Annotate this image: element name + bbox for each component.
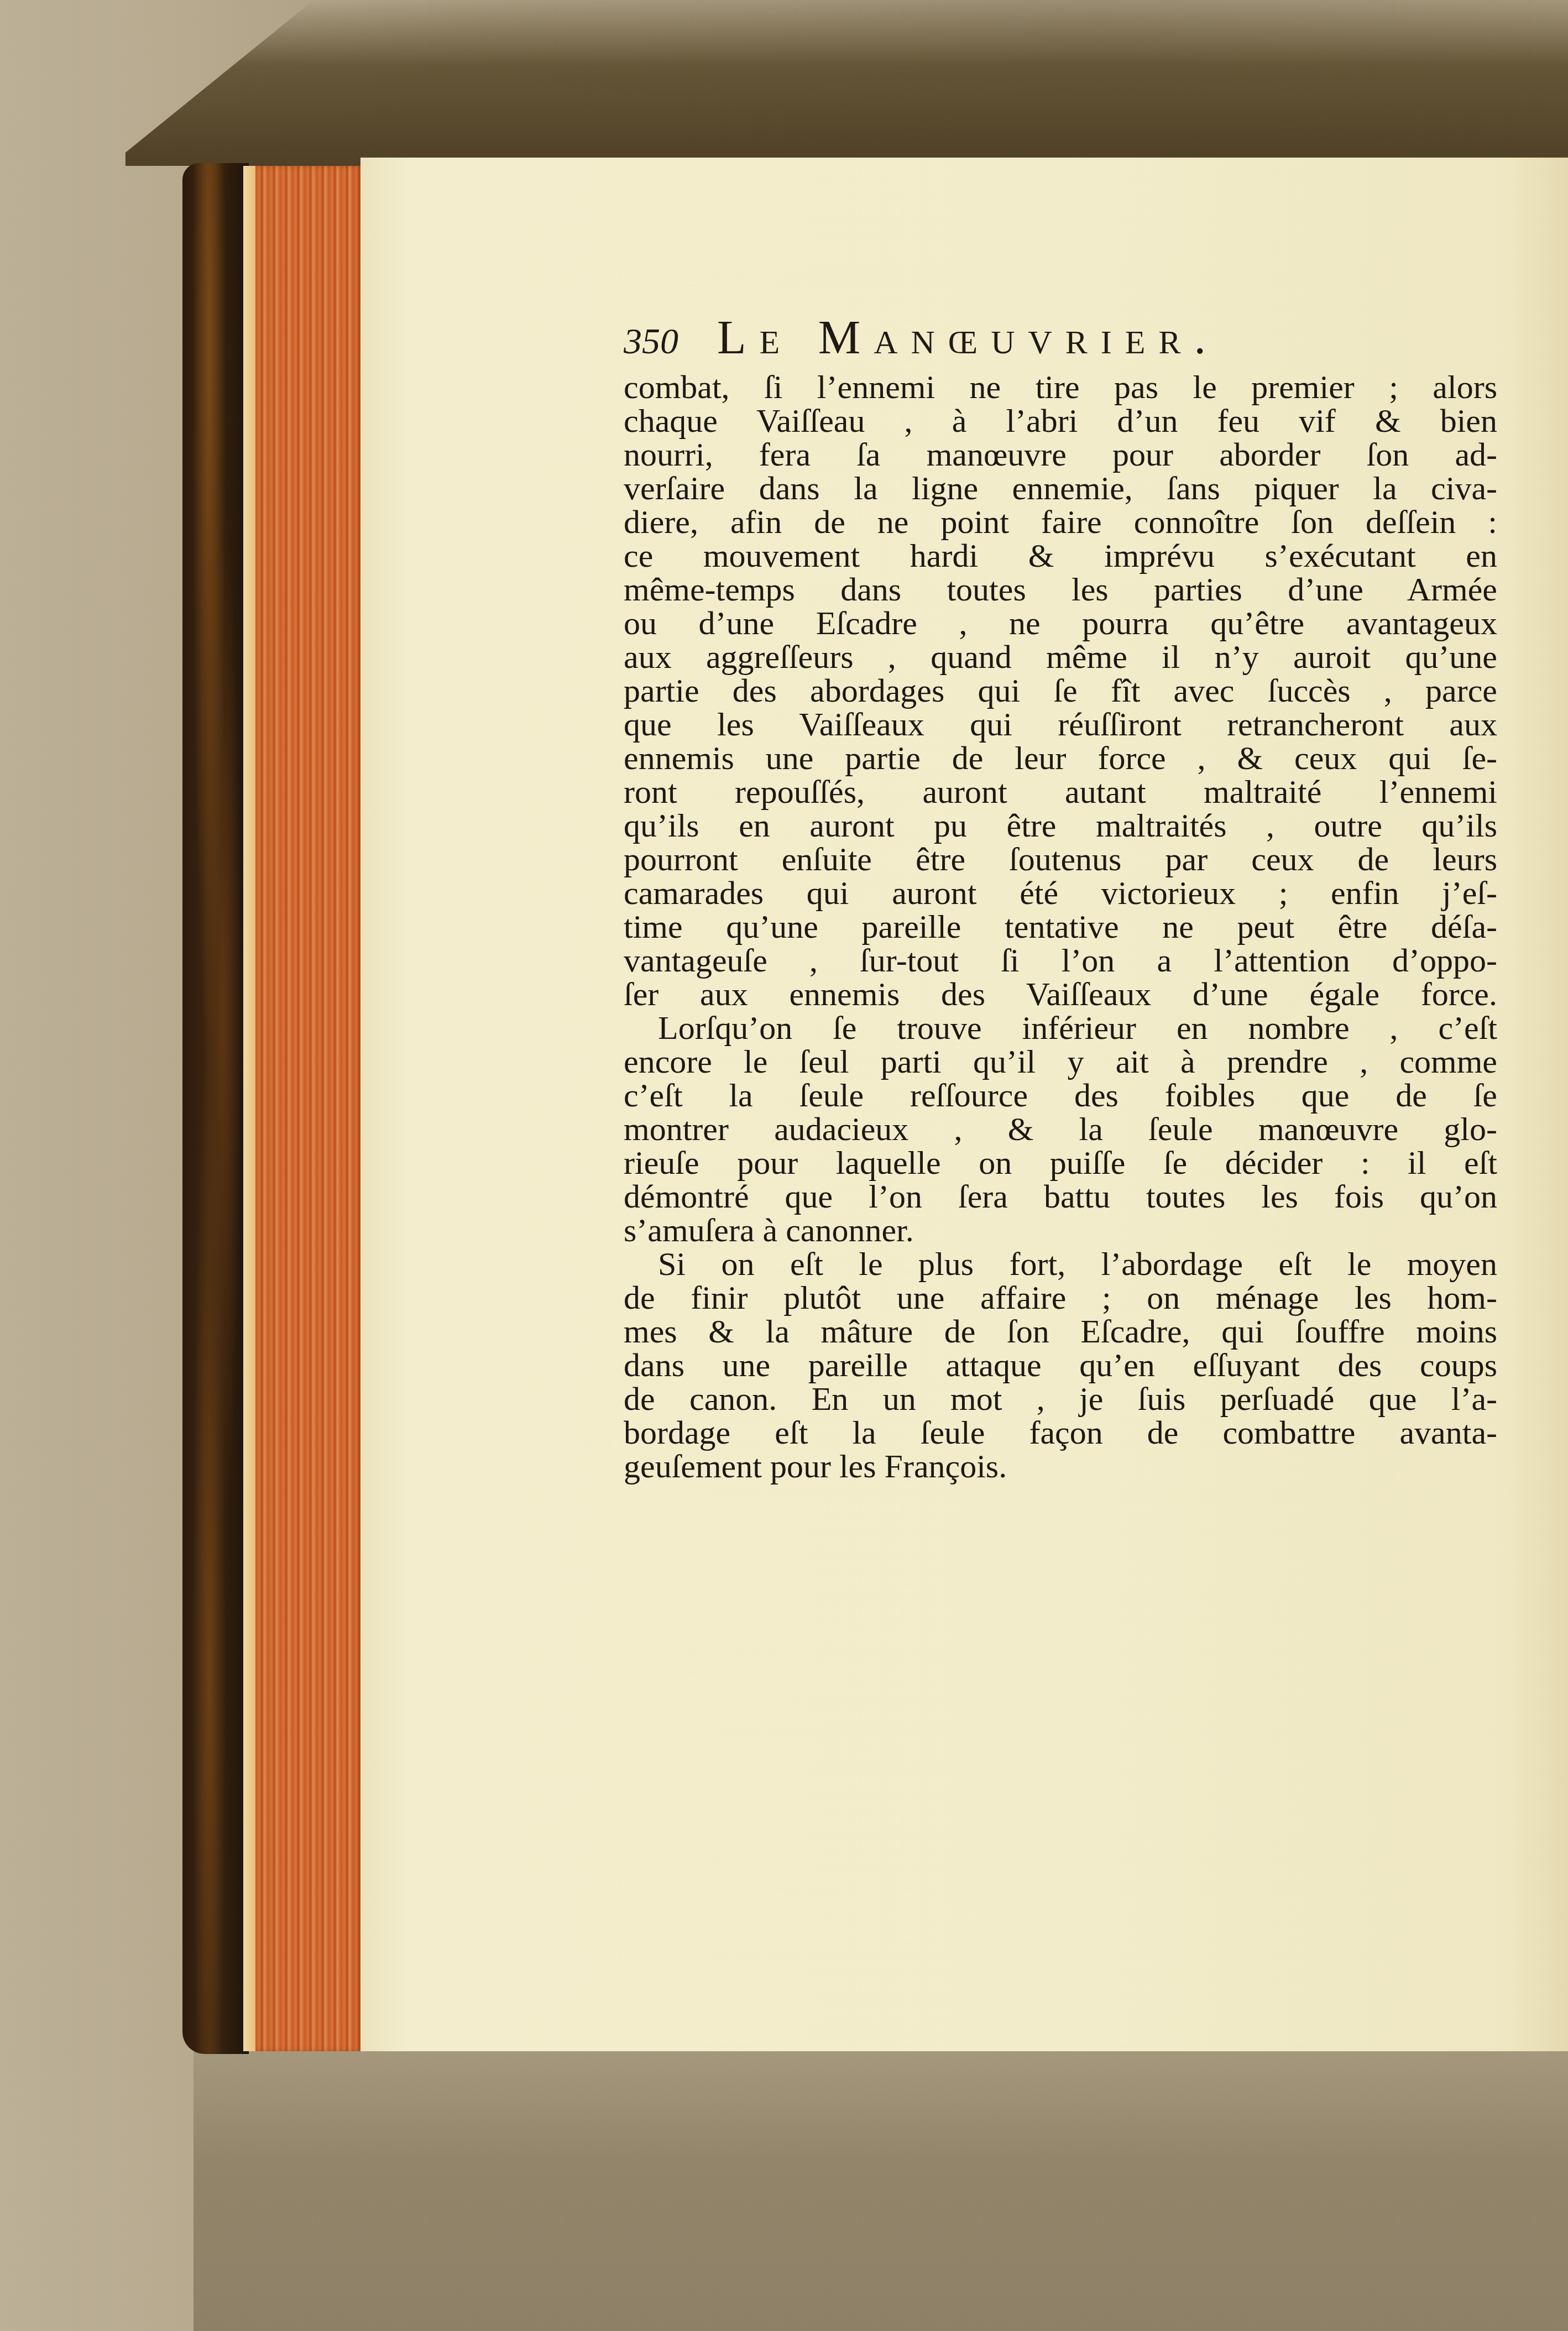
text-line: rieuſe pour laquelle on puiſſe ſe décide… [624,1146,1497,1180]
text-line: s’amuſera à canonner. [624,1214,1497,1247]
text-line: time qu’une pareille tentative ne peut ê… [624,910,1497,944]
text-line: encore le ſeul parti qu’il y ait à prend… [624,1045,1497,1079]
scan-background-shadow [0,0,1568,166]
text-line: camarades qui auront été victorieux ; en… [624,876,1497,910]
text-line: ront repouſſés, auront autant maltraité … [624,775,1497,809]
paragraph-2: Lorſqu’on ſe trouve inférieur en nombre … [624,1011,1497,1247]
text-line: ſer aux ennemis des Vaiſſeaux d’une égal… [624,978,1497,1011]
text-line: même-temps dans toutes les parties d’une… [624,573,1497,607]
book-spine-leather [182,163,249,2054]
paragraph-3: Si on eſt le plus fort, l’abordage eſt l… [624,1247,1497,1483]
page-number: 350 [624,321,678,363]
text-line: vantageuſe , ſur-tout ſi l’on a l’attent… [624,944,1497,978]
text-line: de finir plutôt une affaire ; on ménage … [624,1281,1497,1315]
text-line: chaque Vaiſſeau , à l’abri d’un feu vif … [624,404,1497,438]
text-line: que les Vaiſſeaux qui réuſſiront retranc… [624,708,1497,741]
text-line: Lorſqu’on ſe trouve inférieur en nombre … [624,1011,1497,1045]
text-line: partie des abordages qui ſe fît avec ſuc… [624,674,1497,708]
body-text: combat, ſi l’ennemi ne tire pas le premi… [624,370,1497,1483]
text-line: dans une pareille attaque qu’en eſſuyant… [624,1349,1497,1382]
text-line: mes & la mâture de ſon Eſcadre, qui ſouf… [624,1315,1497,1349]
text-line: diere, afin de ne point faire connoître … [624,505,1497,539]
text-line: geuſement pour les François. [624,1450,1497,1483]
text-line: pourront enſuite être ſoutenus par ceux … [624,843,1497,876]
text-line: nourri, fera ſa manœuvre pour aborder ſo… [624,438,1497,472]
text-line: combat, ſi l’ennemi ne tire pas le premi… [624,370,1497,404]
page-fore-edge [243,166,362,2051]
text-line: démontré que l’on ſera battu toutes les … [624,1180,1497,1214]
paragraph-1: combat, ſi l’ennemi ne tire pas le premi… [624,370,1497,1011]
text-line: verſaire dans la ligne ennemie, ſans piq… [624,472,1497,505]
running-head: 350 Le Manœuvrier. [624,310,1219,365]
text-line: c’eſt la ſeule reſſource des foibles que… [624,1079,1497,1112]
text-line: de canon. En un mot , je ſuis perſuadé q… [624,1382,1497,1416]
text-line: ennemis une partie de leur force , & ceu… [624,741,1497,775]
text-line: ce mouvement hardi & imprévu s’exécutant… [624,539,1497,573]
running-title: Le Manœuvrier. [717,310,1219,365]
text-line: montrer audacieux , & la ſeule manœuvre … [624,1112,1497,1146]
text-line: Si on eſt le plus fort, l’abordage eſt l… [624,1247,1497,1281]
text-line: ou d’une Eſcadre , ne pourra qu’être ava… [624,607,1497,640]
text-line: aux aggreſſeurs , quand même il n’y auro… [624,640,1497,674]
scan-background-bottom [194,2048,1568,2331]
text-line: qu’ils en auront pu être maltraités , ou… [624,809,1497,843]
text-line: bordage eſt la ſeule façon de combattre … [624,1416,1497,1450]
